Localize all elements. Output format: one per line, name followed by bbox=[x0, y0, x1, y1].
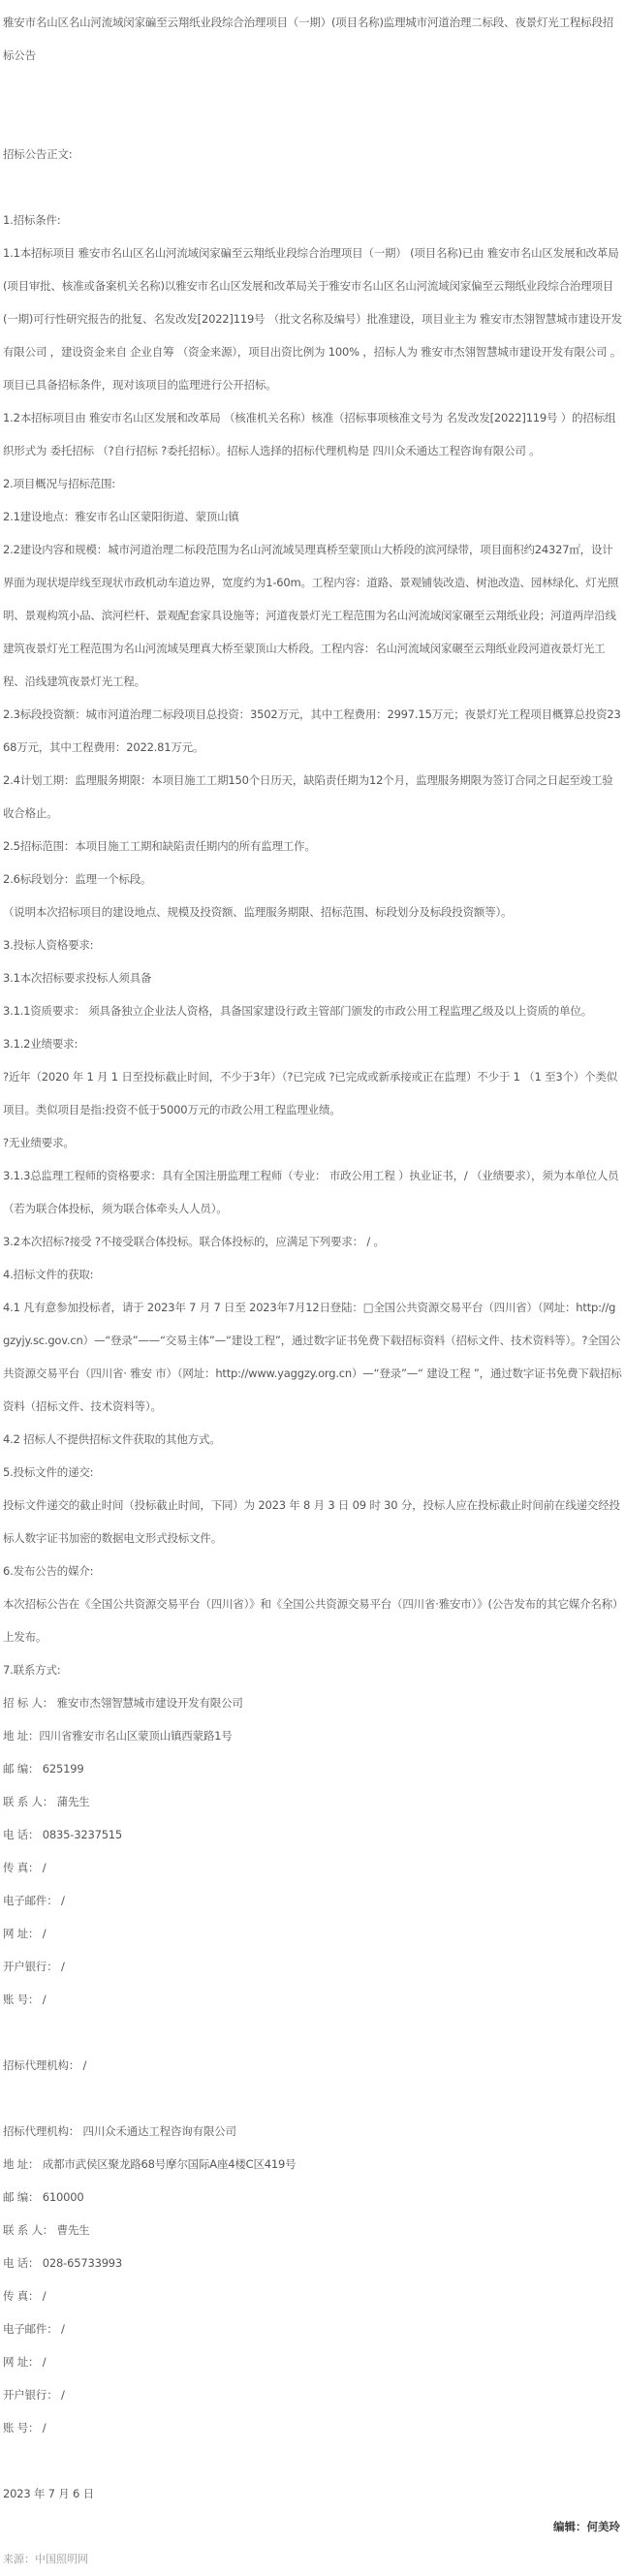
section-6-heading: 6.发布公告的媒介: bbox=[3, 1555, 622, 1587]
editor-credit: 编辑：何美玲 bbox=[3, 2510, 622, 2543]
announcement-date: 2023 年 7 月 6 日 bbox=[3, 2477, 622, 2510]
section-2-heading: 2.项目概况与招标范围: bbox=[3, 467, 622, 500]
article: 雅安市名山区名山河流域闵家碥至云翔纸业段综合治理项目（一期）(项目名称)监理城市… bbox=[0, 0, 625, 2576]
agency-postcode: 邮 编： 610000 bbox=[3, 2181, 622, 2214]
tenderer-phone: 电 话： 0835-3237515 bbox=[3, 1818, 622, 1851]
tenderer-name: 招 标 人： 雅安市杰翎智慧城市建设开发有限公司 bbox=[3, 1686, 622, 1719]
section-3-2: 3.2本次招标?接受 ?不接受联合体投标。联合体投标的，应满足下列要求： / 。 bbox=[3, 1225, 622, 1258]
spacer bbox=[3, 2444, 622, 2477]
agency-website: 网 址： / bbox=[3, 2345, 622, 2378]
spacer bbox=[3, 171, 622, 204]
agency-fax: 传 真： / bbox=[3, 2279, 622, 2312]
section-3-1-2-a: ?近年（2020 年 1 月 1 日至投标截止时间，不少于3年）（?已完成 ?已… bbox=[3, 1060, 622, 1126]
section-4-2: 4.2 招标人不提供招标文件获取的其他方式。 bbox=[3, 1423, 622, 1456]
tenderer-address: 地 址：四川省雅安市名山区蒙顶山镇西蒙路1号 bbox=[3, 1719, 622, 1752]
agency-email: 电子邮件： / bbox=[3, 2312, 622, 2345]
section-1-2: 1.2本招标项目由 雅安市名山区发展和改革局 （核准机关名称）核准（招标事项核准… bbox=[3, 401, 622, 467]
agency-name: 招标代理机构： 四川众禾通达工程咨询有限公司 bbox=[3, 2115, 622, 2148]
body-heading: 招标公告正文: bbox=[3, 138, 622, 171]
section-2-5: 2.5招标范围：本项目施工工期和缺陷责任期内的所有监理工作。 bbox=[3, 830, 622, 863]
source-credit: 来源：中国照明网 bbox=[3, 2543, 622, 2576]
section-4-heading: 4.招标文件的获取: bbox=[3, 1258, 622, 1291]
section-7-heading: 7.联系方式: bbox=[3, 1653, 622, 1686]
spacer bbox=[3, 2016, 622, 2049]
tenderer-account: 账 号： / bbox=[3, 1983, 622, 2016]
section-2-3: 2.3标段投资额：城市河道治理二标段项目总投资：3502万元，其中工程费用：29… bbox=[3, 698, 622, 764]
section-1-heading: 1.招标条件: bbox=[3, 204, 622, 236]
section-3-1-2: 3.1.2业绩要求: bbox=[3, 1027, 622, 1060]
tenderer-contact-person: 联 系 人： 蒲先生 bbox=[3, 1785, 622, 1818]
section-2-1: 2.1建设地点：雅安市名山区蒙阳街道、蒙顶山镇 bbox=[3, 500, 622, 533]
tenderer-postcode: 邮 编： 625199 bbox=[3, 1752, 622, 1785]
section-4-1: 4.1 凡有意参加投标者，请于 2023年 7 月 7 日至 2023年7月12… bbox=[3, 1291, 622, 1423]
agency-contact: 招标代理机构： 四川众禾通达工程咨询有限公司 地 址： 成都市武侯区聚龙路68号… bbox=[3, 2115, 622, 2444]
section-6-1: 本次招标公告在《全国公共资源交易平台（四川省）》和《全国公共资源交易平台（四川省… bbox=[3, 1587, 622, 1653]
agency-contact-person: 联 系 人： 曹先生 bbox=[3, 2214, 622, 2246]
agency-account: 账 号： / bbox=[3, 2411, 622, 2444]
section-5-heading: 5.投标文件的递交: bbox=[3, 1456, 622, 1489]
section-2-2: 2.2建设内容和规模：城市河道治理二标段范围为名山河流域吴理真桥至蒙顶山大桥段的… bbox=[3, 533, 622, 698]
section-5-1: 投标文件递交的截止时间（投标截止时间，下同）为 2023 年 8 月 3 日 0… bbox=[3, 1489, 622, 1555]
tenderer-contact: 招 标 人： 雅安市杰翎智慧城市建设开发有限公司 地 址：四川省雅安市名山区蒙顶… bbox=[3, 1686, 622, 2016]
section-3-1: 3.1本次招标要求投标人须具备 bbox=[3, 961, 622, 994]
tenderer-bank: 开户银行： / bbox=[3, 1950, 622, 1983]
section-1-1: 1.1本招标项目 雅安市名山区名山河流域闵家碥至云翔纸业段综合治理项目（一期） … bbox=[3, 236, 622, 401]
section-2-6: 2.6标段划分：监理一个标段。 bbox=[3, 863, 622, 895]
spacer bbox=[3, 2082, 622, 2115]
agency-blank: 招标代理机构： / bbox=[3, 2049, 622, 2082]
article-title: 雅安市名山区名山河流域闵家碥至云翔纸业段综合治理项目（一期）(项目名称)监理城市… bbox=[3, 6, 622, 72]
section-2-note: （说明本次招标项目的建设地点、规模及投资额、监理服务期限、招标范围、标段划分及标… bbox=[3, 895, 622, 928]
tenderer-website: 网 址： / bbox=[3, 1917, 622, 1950]
tenderer-email: 电子邮件： / bbox=[3, 1884, 622, 1917]
section-2-4: 2.4计划工期：监理服务期限：本项目施工工期150个日历天，缺陷责任期为12个月… bbox=[3, 764, 622, 830]
section-3-1-1: 3.1.1资质要求： 须具备独立企业法人资格，具备国家建设行政主管部门颁发的市政… bbox=[3, 994, 622, 1027]
tenderer-fax: 传 真： / bbox=[3, 1851, 622, 1884]
spacer bbox=[3, 72, 622, 138]
section-3-1-2-b: ?无业绩要求。 bbox=[3, 1126, 622, 1159]
agency-bank: 开户银行： / bbox=[3, 2378, 622, 2411]
section-3-1-3: 3.1.3总监理工程师的资格要求：具有全国注册监理工程师（专业： 市政公用工程 … bbox=[3, 1159, 622, 1225]
agency-phone: 电 话： 028-65733993 bbox=[3, 2246, 622, 2279]
section-3-heading: 3.投标人资格要求: bbox=[3, 928, 622, 961]
agency-address: 地 址： 成都市武侯区聚龙路68号摩尔国际A座4楼C区419号 bbox=[3, 2148, 622, 2181]
